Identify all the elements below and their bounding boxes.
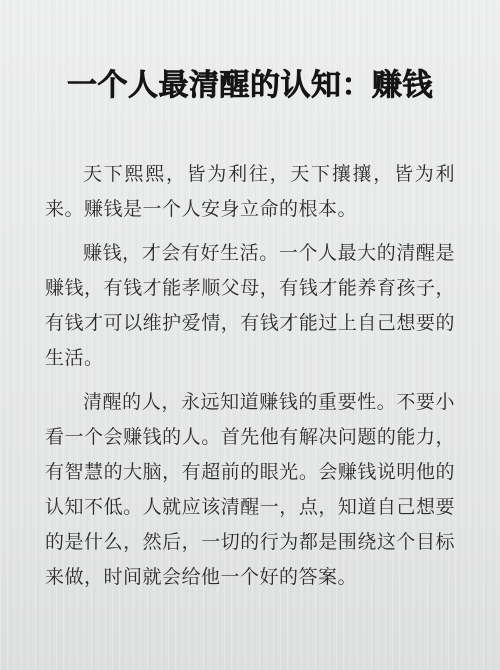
article-body: 天下熙熙，皆为利往，天下攘攘，皆为利来。赚钱是一个人安身立命的根本。 赚钱，才会… [45,157,455,595]
paragraph: 清醒的人，永远知道赚钱的重要性。不要小看一个会赚钱的人。首先他有解决问题的能力，… [45,385,455,595]
text-card-page: 一个人最清醒的认知：赚钱 天下熙熙，皆为利往，天下攘攘，皆为利来。赚钱是一个人安… [0,0,500,670]
page-title: 一个人最清醒的认知：赚钱 [45,70,455,102]
paragraph: 天下熙熙，皆为利往，天下攘攘，皆为利来。赚钱是一个人安身立命的根本。 [45,157,455,227]
paragraph: 赚钱，才会有好生活。一个人最大的清醒是赚钱，有钱才能孝顺父母，有钱才能养育孩子，… [45,236,455,376]
